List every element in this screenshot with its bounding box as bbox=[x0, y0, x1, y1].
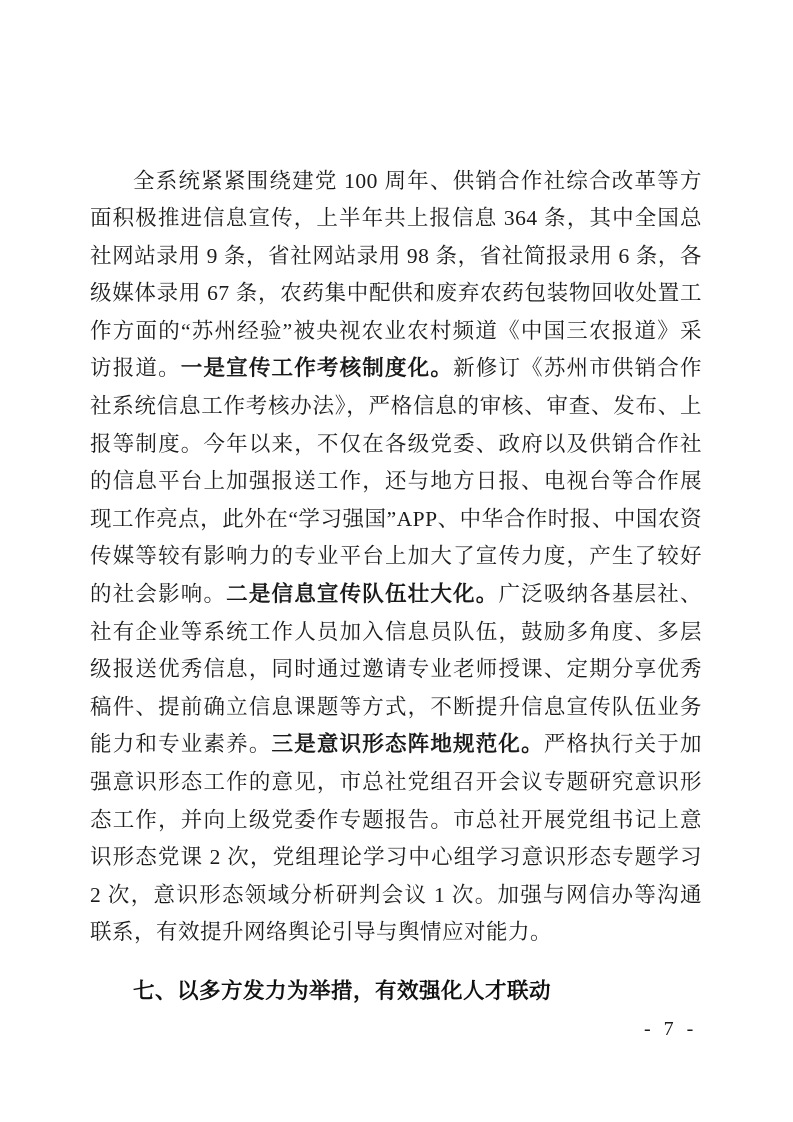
text-segment: 严格执行关于加强意识形态工作的意见，市总社党组召开会议专题研究意识形态工作，并向… bbox=[90, 732, 702, 944]
section-heading: 七、以多方发力为举措，有效强化人才联动 bbox=[90, 973, 702, 1011]
emphasis-segment: 二是信息宣传队伍壮大化。 bbox=[226, 582, 498, 606]
page-number: - 7 - bbox=[644, 1018, 697, 1041]
text-segment: 新修订《苏州市供销合作社系统信息工作考核办法》，严格信息的审核、审查、发布、上报… bbox=[90, 356, 702, 606]
text-segment: 全系统紧紧围绕建党 100 周年、供销合作社综合改革等方面积极推进信息宣传，上半… bbox=[90, 169, 702, 381]
document-page: 全系统紧紧围绕建党 100 周年、供销合作社综合改革等方面积极推进信息宣传，上半… bbox=[0, 0, 793, 1122]
emphasis-segment: 一是宣传工作考核制度化。 bbox=[181, 356, 453, 380]
page-content: 全系统紧紧围绕建党 100 周年、供销合作社综合改革等方面积极推进信息宣传，上半… bbox=[90, 141, 702, 1011]
text-segment: 广泛吸纳各基层社、社有企业等系统工作人员加入信息员队伍，鼓励多角度、多层级报送优… bbox=[90, 582, 702, 756]
emphasis-segment: 三是意识形态阵地规范化。 bbox=[272, 732, 544, 756]
report-paragraph: 全系统紧紧围绕建党 100 周年、供销合作社综合改革等方面积极推进信息宣传，上半… bbox=[90, 163, 702, 952]
